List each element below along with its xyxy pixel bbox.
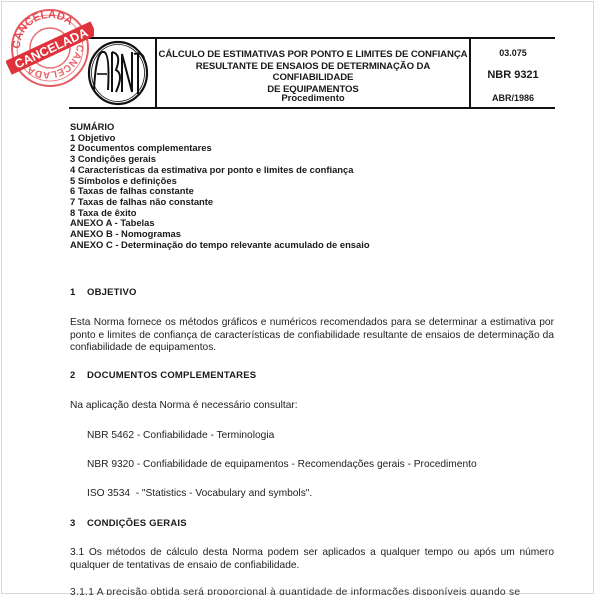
standard-number: NBR 9321	[471, 69, 555, 81]
section-paragraph: Na aplicação desta Norma é necessário co…	[70, 400, 554, 413]
toc-item[interactable]: ANEXO C - Determinação do tempo relevant…	[70, 240, 370, 251]
header-rule-top	[69, 37, 555, 39]
section-paragraph: 3.1 Os métodos de cálculo desta Norma po…	[70, 547, 554, 572]
title-line: RESULTANTE DE ENSAIOS DE DETERMINAÇÃO DA…	[157, 61, 469, 84]
document-title: CÁLCULO DE ESTIMATIVAS POR PONTO E LIMIT…	[157, 49, 469, 95]
section-title: OBJETIVO	[87, 287, 137, 298]
section-heading-documentos: 2DOCUMENTOS COMPLEMENTARES	[70, 370, 256, 381]
section-number: 3	[70, 518, 87, 529]
cancelled-stamp-icon: CANCELADA CANCELADA CANCELADA	[6, 4, 94, 88]
title-line: CÁLCULO DE ESTIMATIVAS POR PONTO E LIMIT…	[157, 49, 469, 61]
reference-item: NBR 5462 - Confiabilidade - Terminologia	[87, 430, 274, 441]
section-title: CONDIÇÕES GERAIS	[87, 518, 187, 529]
section-paragraph-cutoff: 3.1.1 A precisão obtida será proporciona…	[70, 587, 554, 595]
header-rule-bottom	[69, 107, 555, 109]
toc-item[interactable]: 4 Características da estimativa por pont…	[70, 165, 370, 176]
section-heading-condicoes: 3CONDIÇÕES GERAIS	[70, 518, 187, 529]
publication-date: ABR/1986	[471, 93, 555, 103]
section-heading-objetivo: 1OBJETIVO	[70, 287, 137, 298]
section-title: DOCUMENTOS COMPLEMENTARES	[87, 370, 256, 381]
section-number: 1	[70, 287, 87, 298]
reference-item: NBR 9320 - Confiabilidade de equipamento…	[87, 459, 477, 470]
section-number: 2	[70, 370, 87, 381]
abnt-logo-icon	[86, 40, 150, 106]
document-type: Procedimento	[157, 93, 469, 104]
table-of-contents: SUMÁRIO 1 Objetivo 2 Documentos compleme…	[70, 122, 370, 250]
section-paragraph: Esta Norma fornece os métodos gráficos e…	[70, 317, 554, 355]
classification-code: 03.075	[471, 48, 555, 58]
reference-item: ISO 3534 - "Statistics - Vocabulary and …	[87, 488, 312, 499]
